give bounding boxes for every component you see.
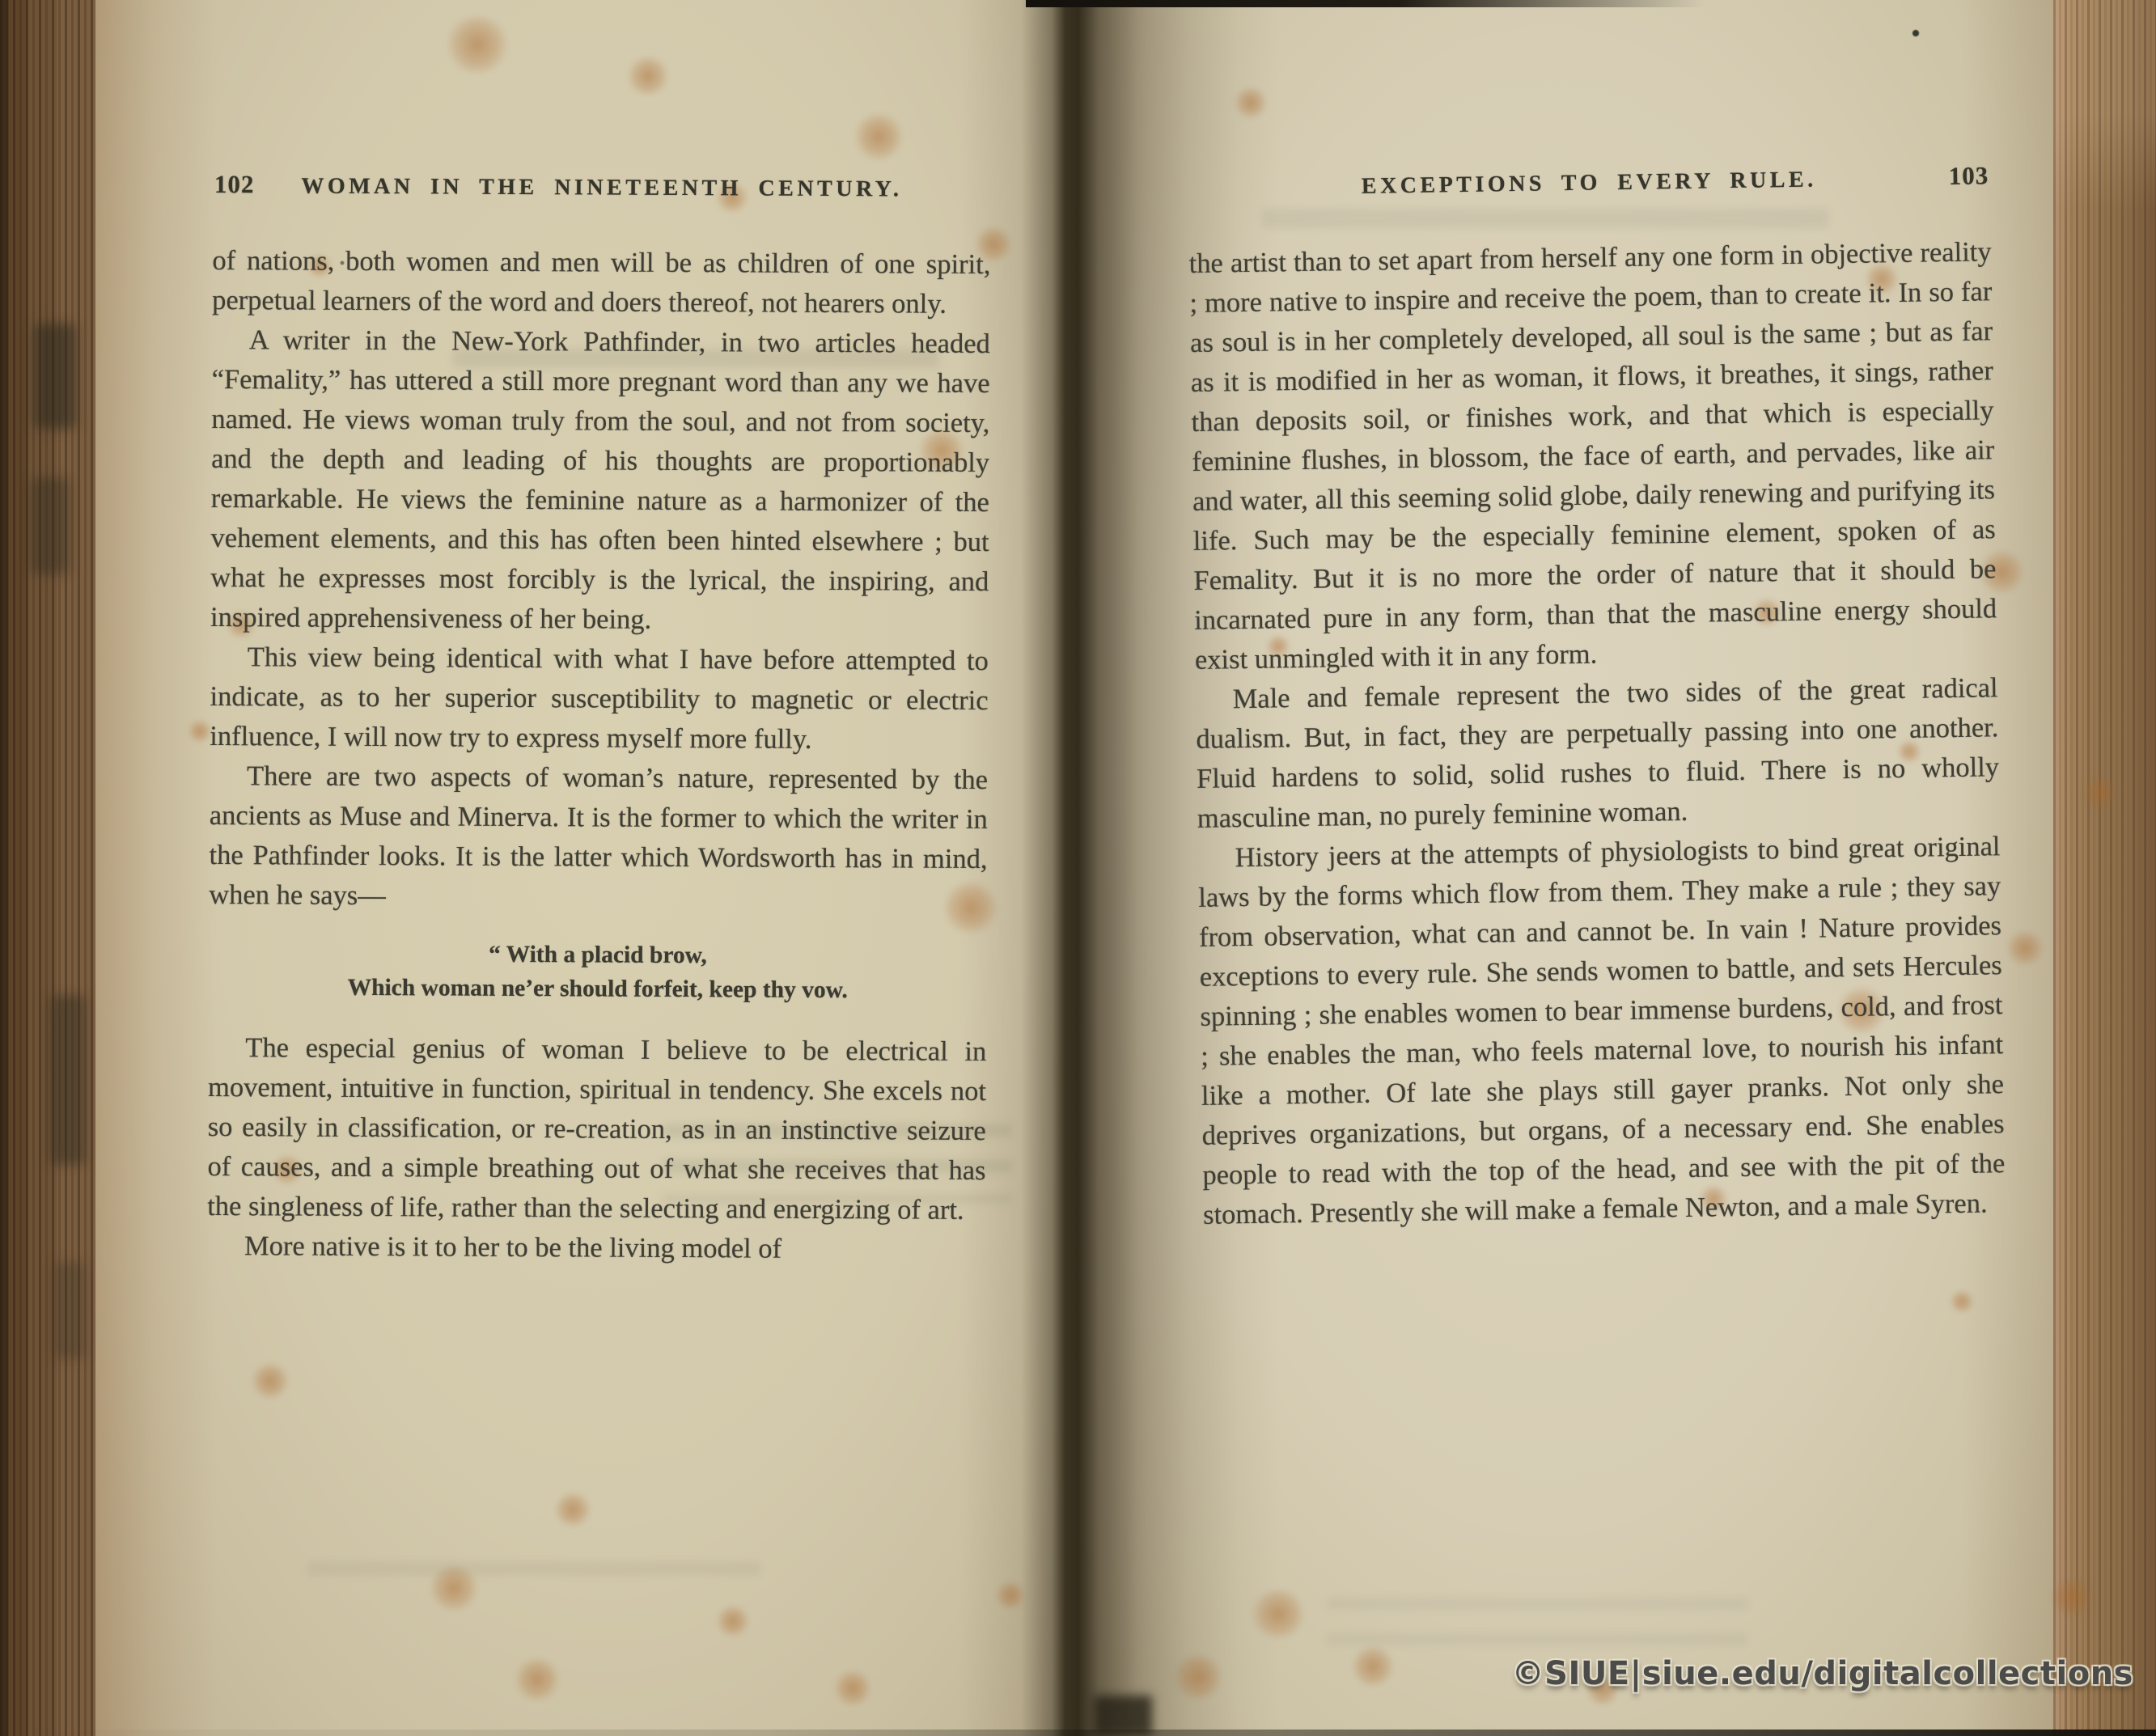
spine-ghost-text	[34, 324, 76, 429]
spine-ghost-text	[31, 477, 70, 574]
right-page-body: the artist than to set apart from hersel…	[1188, 232, 2006, 1235]
left-page-number: 102	[214, 170, 255, 199]
verse-line: “ With a placid brow,	[209, 936, 987, 974]
left-running-title: WOMAN IN THE NINETEENTH CENTURY.	[213, 168, 991, 203]
paragraph: More native is it to her to be the livin…	[207, 1226, 985, 1270]
gutter-shadow-foot	[1094, 1696, 1152, 1736]
digital-collections-watermark: ©SIUE|siue.edu/digitalcollections	[1512, 1655, 2133, 1692]
paragraph: History jeers at the attempts of physiol…	[1197, 827, 2006, 1235]
paragraph: There are two aspects of woman’s nature,…	[209, 756, 988, 919]
paragraph: A writer in the New-York Pathfinder, in …	[210, 320, 990, 641]
left-page-body: of nations, both women and men will be a…	[207, 241, 991, 1270]
left-page-text-column: 102 WOMAN IN THE NINETEENTH CENTURY. of …	[207, 168, 991, 1270]
spine-ghost-text	[50, 995, 86, 1165]
paragraph: of nations, both women and men will be a…	[212, 241, 991, 324]
book-top-edge	[1026, 0, 1705, 7]
left-running-head: 102 WOMAN IN THE NINETEENTH CENTURY.	[213, 168, 991, 210]
right-page-edges	[2053, 0, 2156, 1736]
book-bottom-edge	[0, 1730, 2156, 1736]
verse-quotation: “ With a placid brow, Which woman ne’er …	[209, 936, 987, 1008]
left-board-edge	[0, 0, 95, 1736]
paragraph: the artist than to set apart from hersel…	[1188, 232, 1997, 680]
paragraph: Male and female represent the two sides …	[1195, 668, 2000, 839]
verse-line: Which woman ne’er should forfeit, keep t…	[209, 970, 987, 1008]
paragraph: The especial genius of woman I believe t…	[207, 1028, 986, 1230]
right-page-number: 103	[1948, 161, 1989, 191]
book-photo: 102 WOMAN IN THE NINETEENTH CENTURY. of …	[0, 0, 2156, 1736]
right-page-text-column: 103 EXCEPTIONS TO EVERY RULE. the artist…	[1188, 159, 2006, 1235]
paragraph: This view being identical with what I ha…	[210, 637, 989, 760]
spine-ghost-text	[53, 1262, 86, 1359]
